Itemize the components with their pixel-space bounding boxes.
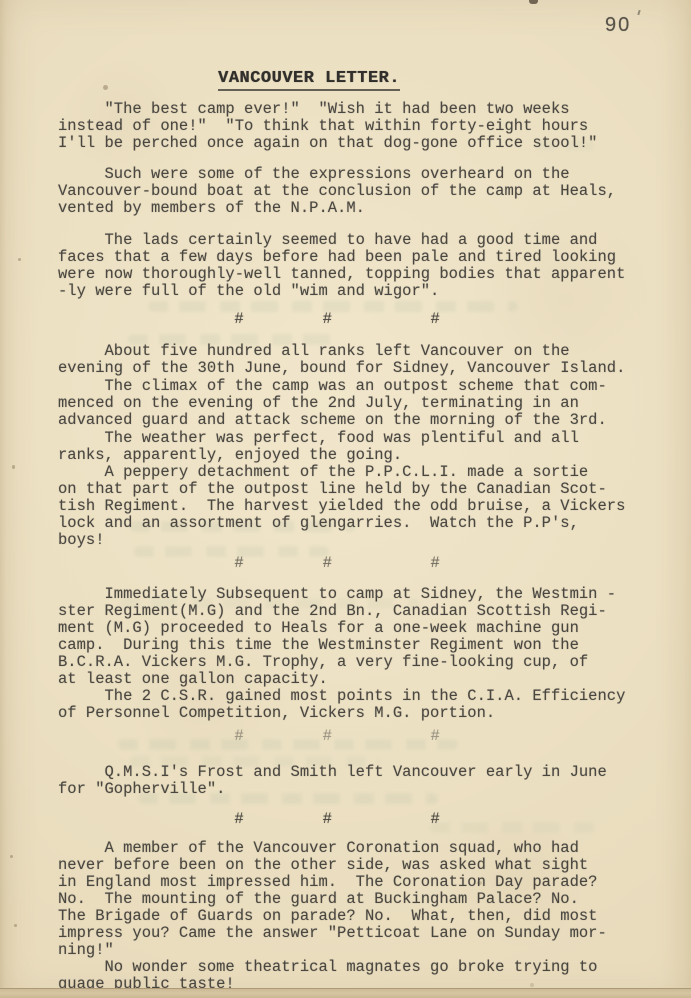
paragraph: The 2 C.S.R. gained most points in the C…	[58, 688, 678, 722]
paragraph: The weather was perfect, food was plenti…	[58, 430, 678, 464]
pen-tick-mark	[637, 10, 640, 15]
page-number: 90	[605, 14, 631, 37]
paper-speck	[103, 85, 108, 90]
paragraph: "The best camp ever!" "Wish it had been …	[58, 101, 678, 152]
paper-speck	[12, 465, 15, 469]
scan-edge-mark	[529, 0, 538, 4]
section-divider: # # #	[58, 555, 678, 572]
section-divider: # # #	[58, 311, 678, 328]
paper-speck	[14, 924, 17, 927]
paragraph: A peppery detachment of the P.P.C.L.I. m…	[58, 464, 678, 549]
paper-speck	[18, 258, 21, 261]
section-divider: # # #	[58, 728, 678, 745]
document-body: "The best camp ever!" "Wish it had been …	[58, 101, 678, 993]
paragraph: The climax of the camp was an outpost sc…	[58, 378, 678, 429]
scanned-document-page: 90 VANCOUVER LETTER. "The best camp ever…	[0, 0, 691, 998]
paragraph: Such were some of the expressions overhe…	[58, 166, 678, 217]
paragraph: Q.M.S.I's Frost and Smith left Vancouver…	[58, 764, 678, 798]
paragraph: The lads certainly seemed to have had a …	[58, 232, 678, 300]
section-divider: # # #	[58, 811, 678, 828]
paragraph: About five hundred all ranks left Vancou…	[58, 343, 678, 377]
paragraph: Immediately Subsequent to camp at Sidney…	[58, 586, 678, 688]
scan-bottom-edge	[0, 988, 691, 998]
paragraph: A member of the Vancouver Coronation squ…	[58, 840, 678, 959]
page-title: VANCOUVER LETTER.	[218, 69, 400, 91]
paper-speck	[10, 855, 13, 858]
